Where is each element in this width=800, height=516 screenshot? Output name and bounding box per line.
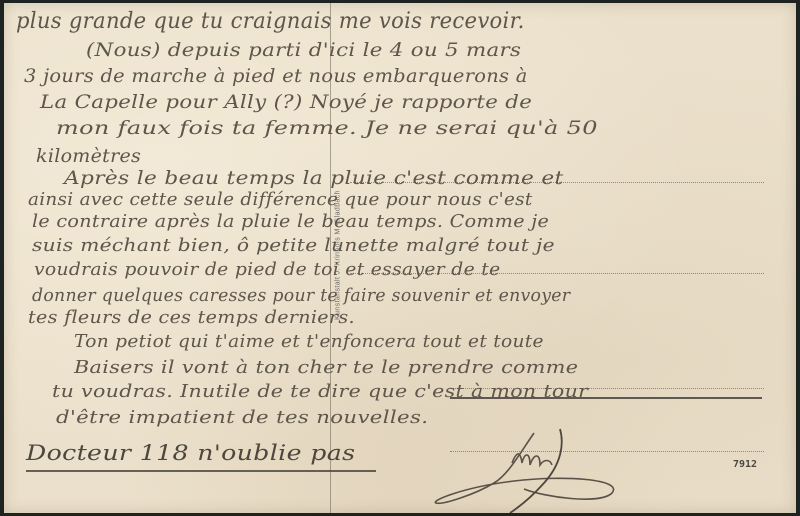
card-number: 7912 [733,459,757,470]
handwritten-line: Ton petiot qui t'aime et t'enfoncera tou… [74,331,544,352]
handwritten-line: plus grande que tu craignais me vois rec… [16,9,525,34]
signature-icon [424,423,644,513]
handwritten-line: 3 jours de marche à pied et nous embarqu… [24,65,528,87]
handwritten-line: La Capelle pour Ally (?) Noyé je rapport… [40,91,532,113]
handwritten-line: Après le beau temps la pluie c'est comme… [64,167,564,189]
postcard-reverse: Kunstanstalt J. Krinhofs M.-Gladbach 791… [4,3,796,513]
handwritten-line: le contraire après la pluie le beau temp… [32,211,549,232]
handwritten-line: mon faux fois ta femme. Je ne serai qu'à… [56,117,598,139]
handwritten-line: tes fleurs de ces temps derniers. [28,307,355,328]
closing-underline [26,470,376,472]
handwritten-line: donner quelques caresses pour te faire s… [32,285,570,306]
handwritten-line: kilomètres [36,145,141,167]
handwritten-line: d'être impatient de tes nouvelles. [56,407,428,428]
handwritten-line: Baisers il vont à ton cher te le prendre… [74,357,578,378]
strike-through-line [450,397,762,399]
handwritten-line: suis méchant bien, ô petite lunette malg… [32,235,555,256]
handwritten-line: voudrais pouvoir de pied de toi et essay… [34,259,500,280]
handwritten-line: ainsi avec cette seule différence que po… [28,189,533,210]
handwritten-line: (Nous) depuis parti d'ici le 4 ou 5 mars [86,39,521,61]
handwritten-line: tu voudras. Inutile de te dire que c'est… [52,381,588,402]
closing-line: Docteur 118 n'oublie pas [26,441,355,465]
